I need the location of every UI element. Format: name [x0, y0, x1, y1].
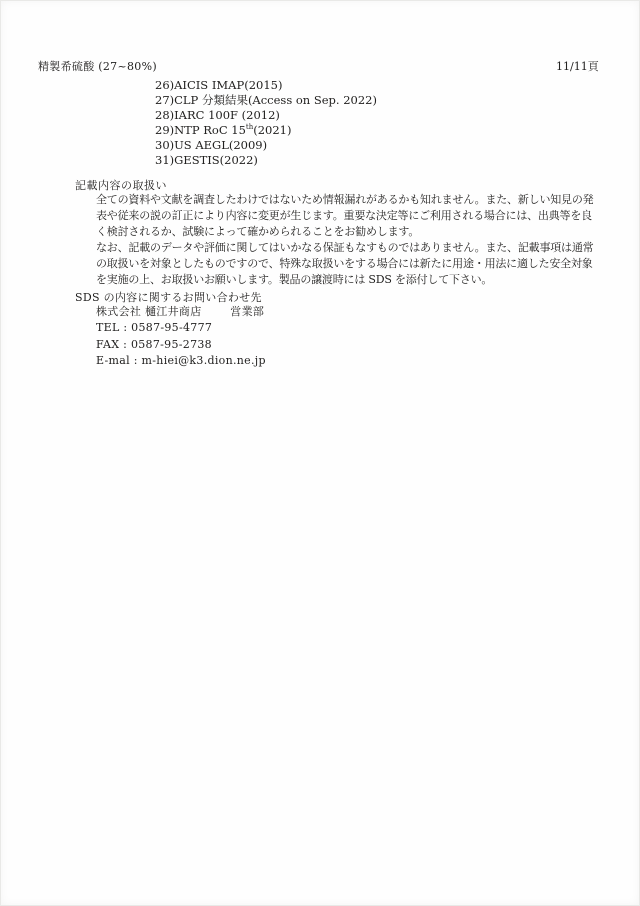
reference-text: 31)GESTIS(2022)	[155, 153, 258, 167]
reference-text: 29)NTP RoC 15	[155, 123, 246, 137]
reference-item: 26)AICIS IMAP(2015)	[155, 78, 377, 93]
notes-line: を実施の上、お取扱いお願いします。製品の譲渡時には SDS を添付して下さい。	[96, 272, 593, 288]
reference-text: (2021)	[253, 123, 291, 137]
reference-text: 30)US AEGL(2009)	[155, 138, 267, 152]
notes-paragraphs: 全ての資料や文献を調査したわけではないため情報漏れがあるかも知れません。また、新…	[96, 192, 593, 288]
notes-line: の取扱いを対象としたものですので、特殊な取扱いをする場合には新たに用途・用法に適…	[96, 256, 593, 272]
contact-section-title: SDS の内容に関するお問い合わせ先	[75, 289, 262, 305]
reference-item: 29)NTP RoC 15th(2021)	[155, 123, 377, 138]
reference-item: 27)CLP 分類結果(Access on Sep. 2022)	[155, 93, 377, 108]
sds-document-page: 精製希硫酸 (27~80%) 11/11頁 26)AICIS IMAP(2015…	[0, 0, 640, 906]
reference-text: 28)IARC 100F (2012)	[155, 108, 280, 122]
department-name: 営業部	[230, 305, 264, 318]
notes-section-title: 記載内容の取扱い	[75, 177, 167, 193]
contact-tel: TEL : 0587-95-4777	[96, 320, 266, 336]
contact-email: E-mal : m-hiei@k3.dion.ne.jp	[96, 353, 266, 369]
notes-line: 全ての資料や文献を調査したわけではないため情報漏れがあるかも知れません。また、新…	[96, 192, 593, 208]
reference-item: 31)GESTIS(2022)	[155, 153, 377, 168]
reference-text: 27)CLP 分類結果(Access on Sep. 2022)	[155, 93, 377, 107]
reference-item: 28)IARC 100F (2012)	[155, 108, 377, 123]
header-page-number: 11/11頁	[556, 58, 599, 74]
notes-line: なお、記載のデータや評価に関してはいかなる保証もなすものではありません。また、記…	[96, 240, 593, 256]
contact-company-line: 株式会社 樋江井商店 営業部	[96, 304, 266, 320]
notes-line: く検討されるか、試験によって確かめられることをお勧めします。	[96, 224, 593, 240]
header-product-name: 精製希硫酸 (27~80%)	[38, 58, 157, 74]
contact-block: 株式会社 樋江井商店 営業部 TEL : 0587-95-4777 FAX : …	[96, 304, 266, 369]
company-name: 株式会社 樋江井商店	[96, 305, 202, 318]
contact-fax: FAX : 0587-95-2738	[96, 337, 266, 353]
reference-list: 26)AICIS IMAP(2015) 27)CLP 分類結果(Access o…	[155, 78, 377, 168]
reference-text: 26)AICIS IMAP(2015)	[155, 78, 282, 92]
notes-line: 表や従来の説の訂正により内容に変更が生じます。重要な決定等にご利用される場合には…	[96, 208, 593, 224]
reference-item: 30)US AEGL(2009)	[155, 138, 377, 153]
